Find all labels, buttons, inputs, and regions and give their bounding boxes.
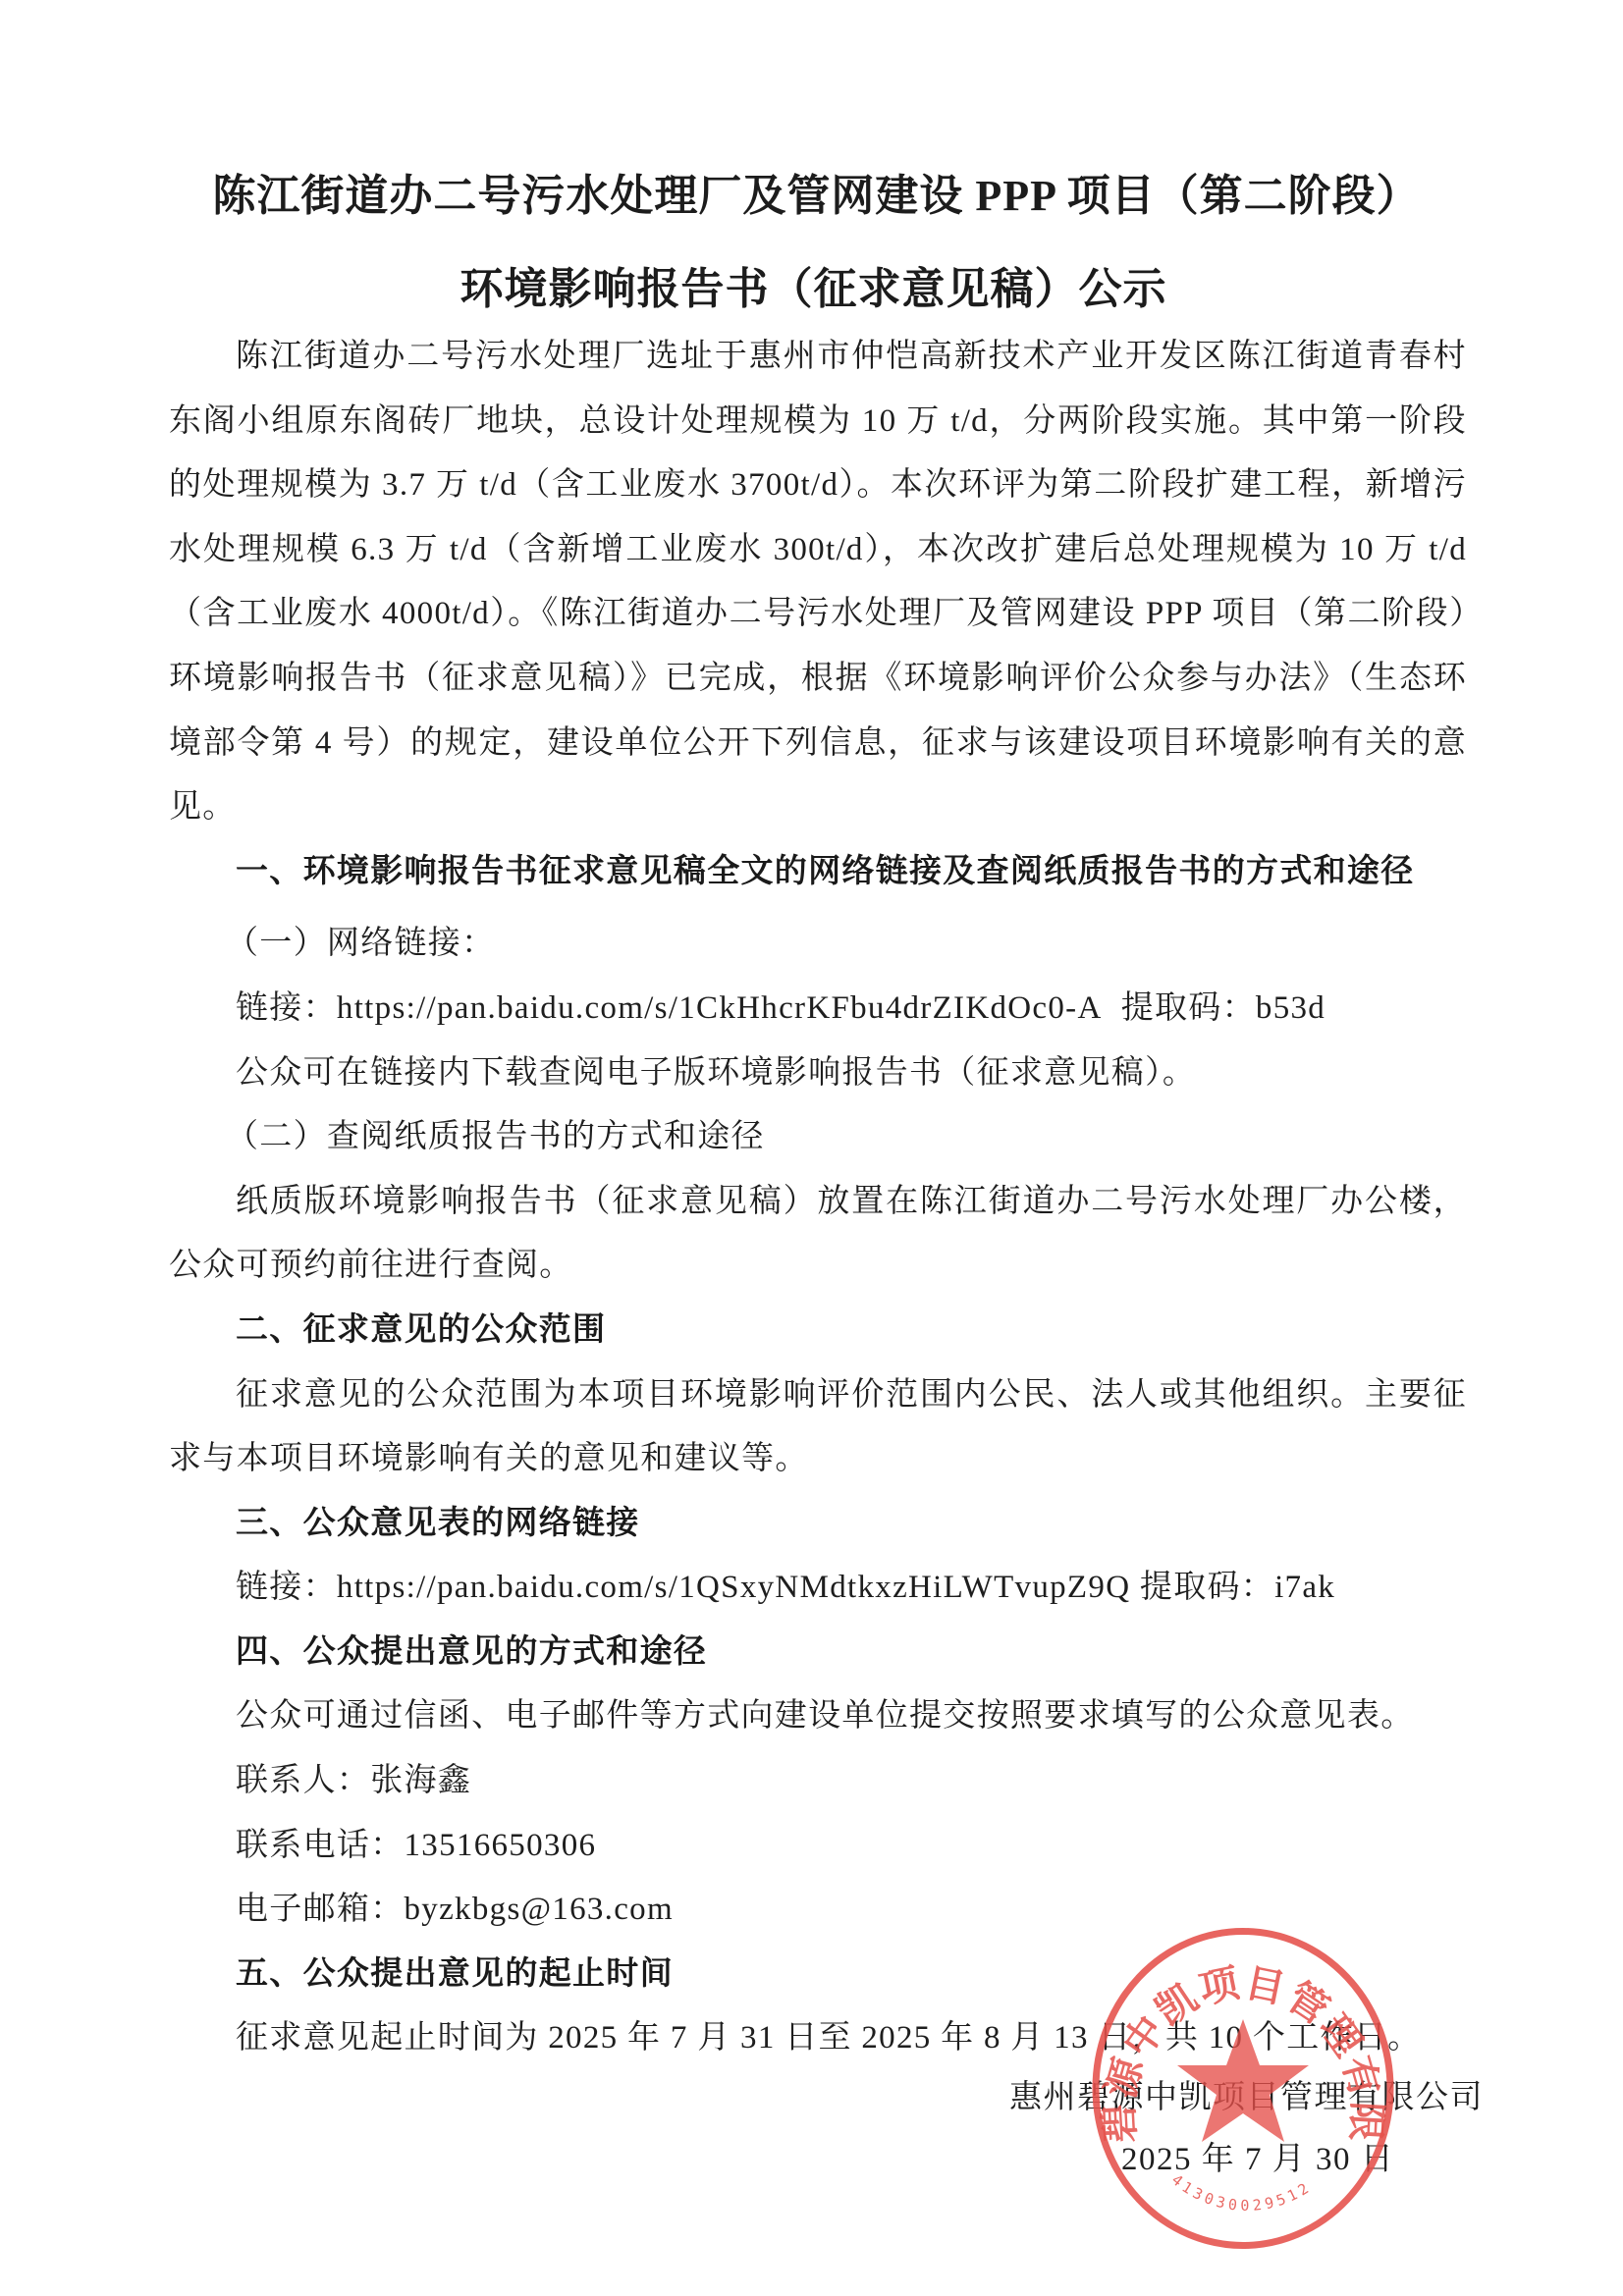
- phone-number: 13516650306: [405, 1828, 597, 1863]
- document-page: 陈江街道办二号污水处理厂及管网建设 PPP 项目（第二阶段） 环境影响报告书（征…: [0, 0, 1623, 2296]
- document-body: 陈江街道办二号污水处理厂选址于惠州市仲恺高新技术产业开发区陈江街道青春村东阁小组…: [169, 325, 1467, 2071]
- phone-label: 联系电话：: [236, 1828, 405, 1863]
- form-code-value: i7ak: [1274, 1570, 1335, 1605]
- section-1-heading: 一、环境影响报告书征求意见稿全文的网络链接及查阅纸质报告书的方式和途径: [169, 840, 1467, 905]
- paper-note: 纸质版环境影响报告书（征求意见稿）放置在陈江街道办二号污水处理厂办公楼，公众可预…: [169, 1170, 1467, 1299]
- report-code-label: 提取码：: [1121, 990, 1256, 1026]
- contact-phone-line: 联系电话：13516650306: [169, 1814, 1467, 1879]
- form-link-line: 链接：https://pan.baidu.com/s/1QSxyNMdtkxzH…: [169, 1556, 1467, 1621]
- section-3-heading: 三、公众意见表的网络链接: [169, 1492, 1467, 1557]
- section-4-body: 公众可通过信函、电子邮件等方式向建设单位提交按照要求填写的公众意见表。: [169, 1684, 1467, 1749]
- title-line-2: 环境影响报告书（征求意见稿）公示: [0, 253, 1623, 316]
- report-link-url[interactable]: https://pan.baidu.com/s/1CkHhcrKFbu4drZI…: [337, 990, 1103, 1026]
- intro-paragraph: 陈江街道办二号污水处理厂选址于惠州市仲恺高新技术产业开发区陈江街道青春村东阁小组…: [169, 325, 1467, 840]
- section-5-heading: 五、公众提出意见的起止时间: [169, 1943, 1467, 2007]
- download-note: 公众可在链接内下载查阅电子版环境影响报告书（征求意见稿）。: [169, 1041, 1467, 1106]
- report-link-label: 链接：: [236, 990, 337, 1026]
- section-2-body: 征求意见的公众范围为本项目环境影响评价范围内公民、法人或其他组织。主要征求与本项…: [169, 1363, 1467, 1492]
- section-1-sub1-heading: （一）网络链接：: [169, 912, 1467, 977]
- form-link-label: 链接：: [236, 1570, 337, 1605]
- title-line-1: 陈江街道办二号污水处理厂及管网建设 PPP 项目（第二阶段）: [0, 160, 1623, 223]
- form-link-url[interactable]: https://pan.baidu.com/s/1QSxyNMdtkxzHiLW…: [337, 1570, 1130, 1605]
- contact-label: 联系人：: [236, 1763, 370, 1798]
- contact-email-line: 电子邮箱：byzkbgs@163.com: [169, 1878, 1467, 1943]
- report-code-value: b53d: [1256, 990, 1325, 1026]
- section-5-body: 征求意见起止时间为 2025 年 7 月 31 日至 2025 年 8 月 13…: [169, 2006, 1467, 2071]
- signature-date: 2025 年 7 月 30 日: [1121, 2133, 1394, 2179]
- report-link-line: 链接：https://pan.baidu.com/s/1CkHhcrKFbu4d…: [169, 977, 1467, 1041]
- contact-name: 张海鑫: [370, 1763, 471, 1798]
- section-2-heading: 二、征求意见的公众范围: [169, 1299, 1467, 1363]
- email-label: 电子邮箱：: [236, 1892, 405, 1927]
- section-1-sub2-heading: （二）查阅纸质报告书的方式和途径: [169, 1105, 1467, 1170]
- contact-person-line: 联系人：张海鑫: [169, 1749, 1467, 1814]
- section-4-heading: 四、公众提出意见的方式和途径: [169, 1621, 1467, 1685]
- signature-company: 惠州碧源中凯项目管理有限公司: [1009, 2071, 1484, 2117]
- form-code-label: 提取码：: [1140, 1570, 1274, 1605]
- email-address[interactable]: byzkbgs@163.com: [405, 1892, 674, 1927]
